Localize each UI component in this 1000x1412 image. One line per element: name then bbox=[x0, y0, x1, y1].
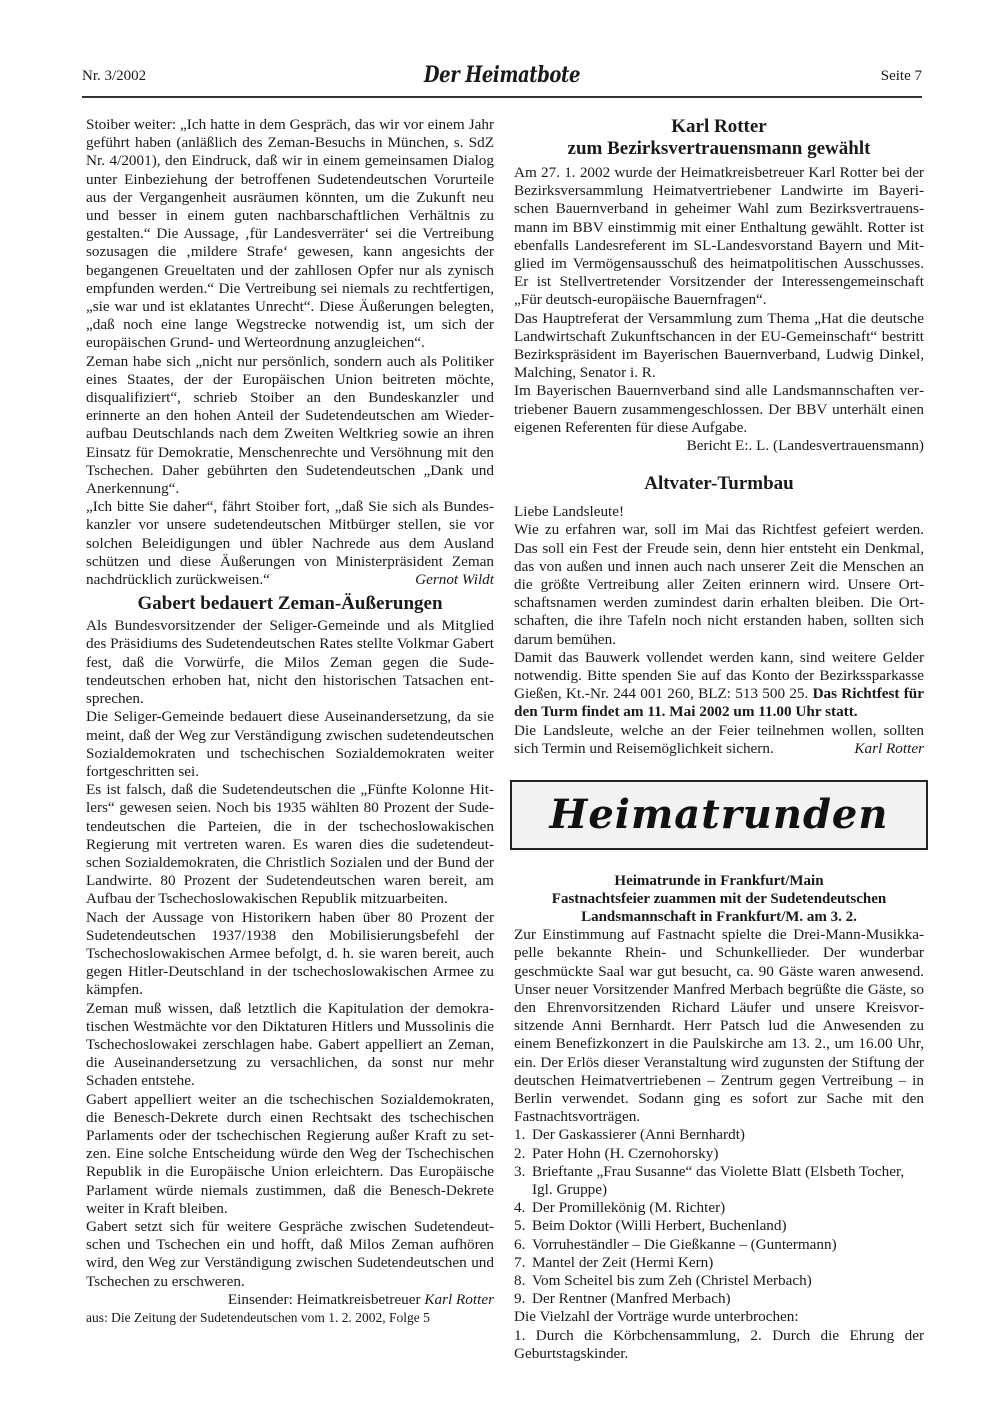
author-byline: Gernot Wildt bbox=[415, 571, 494, 589]
section-banner: Heimatrunden bbox=[510, 780, 928, 850]
article-headline: Karl Rotter zum Bezirksvertrauensmann ge… bbox=[514, 116, 924, 160]
altvater-paragraph: Wie zu erfahren war, soll im Mai das Ric… bbox=[514, 521, 924, 648]
gabert-paragraph: Die Seliger-Gemeinde bedauert diese Ause… bbox=[86, 708, 494, 781]
list-item: 8.Vom Scheitel bis zum Zeh (Christel Mer… bbox=[514, 1272, 924, 1290]
list-item: 7.Mantel der Zeit (Hermi Kern) bbox=[514, 1254, 924, 1272]
stoiber-paragraph-3: „Ich bitte Sie daher“, fährt Stoiber for… bbox=[86, 498, 494, 589]
list-item: 9.Der Rentner (Manfred Merbach) bbox=[514, 1290, 924, 1308]
gabert-paragraph: Nach der Aussage von Historikern haben ü… bbox=[86, 909, 494, 1000]
article-headline: Altvater-Turmbau bbox=[514, 473, 924, 495]
author-byline: Karl Rotter bbox=[854, 740, 924, 758]
altvater-paragraph: Damit das Bauwerk vollendet werden kann,… bbox=[514, 649, 924, 722]
right-column: Karl Rotter zum Bezirksvertrauensmann ge… bbox=[514, 116, 924, 1363]
header-divider bbox=[82, 96, 922, 98]
gabert-paragraph: Es ist falsch, daß die Sudetendeutschen … bbox=[86, 781, 494, 908]
stoiber-paragraph-1: Stoiber weiter: „Ich hatte in dem Gesprä… bbox=[86, 116, 494, 353]
sender-line: Einsender: Heimatkreisbetreuer Karl Rott… bbox=[86, 1291, 494, 1309]
source-citation: aus: Die Zeitung der Sudetendeutschen vo… bbox=[86, 1309, 494, 1327]
banner-title: Heimatrunden bbox=[550, 806, 889, 824]
list-item: 3.Brieftante „Frau Susanne“ das Violette… bbox=[514, 1163, 924, 1199]
list-item: 6.Vorruheständler – Die Gießkanne – (Gun… bbox=[514, 1236, 924, 1254]
rotter-paragraph: Im Bayerischen Bauernverband sind alle L… bbox=[514, 382, 924, 437]
article-headline: Gabert bedauert Zeman-Äußerungen bbox=[86, 593, 494, 615]
gabert-paragraph: Als Bundesvorsitzender der Seliger-Gemei… bbox=[86, 617, 494, 708]
interruption-text: 1. Durch die Körbchensammlung, 2. Durch … bbox=[514, 1327, 924, 1363]
gabert-paragraph: Zeman muß wissen, daß letztlich die Kapi… bbox=[86, 1000, 494, 1091]
rotter-paragraph: Am 27. 1. 2002 wurde der Heimatkreisbetr… bbox=[514, 164, 924, 310]
masthead-logo: Der Heimatbote bbox=[158, 62, 847, 88]
frankfurt-paragraph: Zur Einstimmung auf Fastnacht spielte di… bbox=[514, 926, 924, 1126]
gabert-paragraph: Gabert setzt sich für weitere Gespräche … bbox=[86, 1218, 494, 1291]
stoiber-paragraph-2: Zeman habe sich „nicht nur persönlich, s… bbox=[86, 353, 494, 499]
list-item: 1.Der Gaskassierer (Anni Bernhardt) bbox=[514, 1126, 924, 1144]
event-headline: Heimatrunde in Frankfurt/Main Fastnachts… bbox=[514, 872, 924, 926]
page-number: Seite 7 bbox=[881, 68, 922, 85]
interruption-intro: Die Vielzahl der Vorträge wurde unterbro… bbox=[514, 1308, 924, 1326]
rotter-paragraph: Das Hauptreferat der Versammlung zum The… bbox=[514, 310, 924, 383]
list-item: 4.Der Promillekönig (M. Richter) bbox=[514, 1199, 924, 1217]
program-list: 1.Der Gaskassierer (Anni Bernhardt) 2.Pa… bbox=[514, 1126, 924, 1308]
greeting: Liebe Landsleute! bbox=[514, 503, 924, 521]
left-column: Stoiber weiter: „Ich hatte in dem Gesprä… bbox=[86, 116, 494, 1327]
list-item: 2.Pater Hohn (H. Czernohorsky) bbox=[514, 1145, 924, 1163]
gabert-paragraph: Gabert appelliert weiter an die tschechi… bbox=[86, 1091, 494, 1218]
issue-number: Nr. 3/2002 bbox=[82, 68, 146, 85]
sender-name: Karl Rotter bbox=[424, 1291, 494, 1308]
page-header: Nr. 3/2002 Der Heimatbote Seite 7 bbox=[82, 62, 922, 90]
altvater-paragraph: Die Landsleute, welche an der Feier teil… bbox=[514, 722, 924, 758]
list-item: 5.Beim Doktor (Willi Herbert, Buchenland… bbox=[514, 1217, 924, 1235]
report-credit: Bericht E:. L. (Landesvertrauensmann) bbox=[514, 437, 924, 455]
